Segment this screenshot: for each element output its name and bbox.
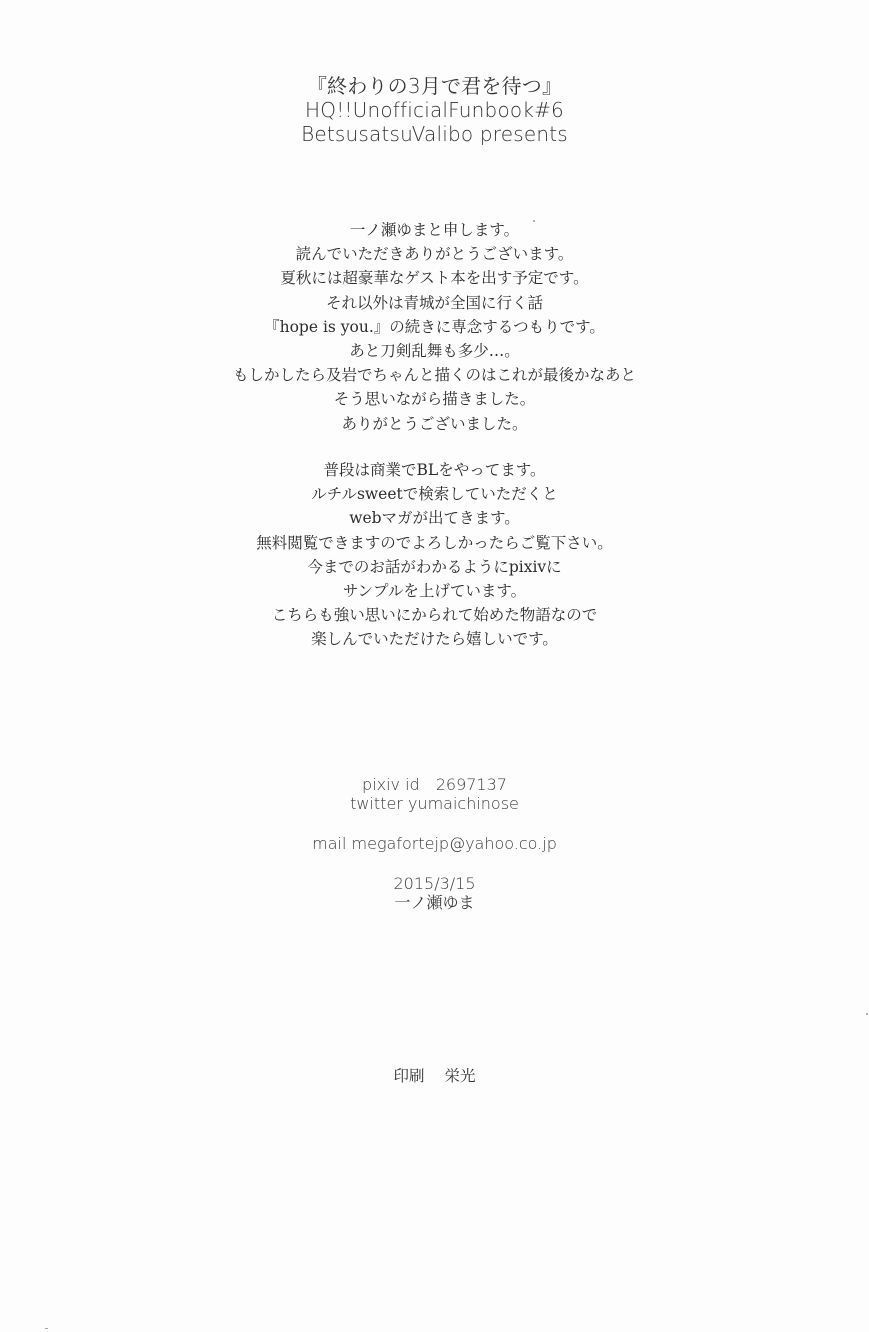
scan-speck — [866, 1013, 868, 1015]
afterword-line: 一ノ瀬ゆまと申します。 — [0, 218, 869, 242]
printer-block: 印刷栄光 — [0, 1066, 869, 1086]
afterword-line: あと刀剣乱舞も多少…。 — [0, 339, 869, 363]
afterword-paragraph-2: 普段は商業でBLをやってます。 ルチルsweetで検索していただくと webマガ… — [0, 458, 869, 652]
printer-line: 印刷栄光 — [0, 1066, 869, 1086]
afterword-line: サンプルを上げています。 — [0, 579, 869, 603]
date-author-block: 2015/3/15 一ノ瀬ゆま — [0, 874, 869, 912]
afterword-line: webマガが出てきます。 — [0, 506, 869, 530]
scan-speck — [45, 1328, 48, 1329]
afterword-line: こちらも強い思いにかられて始めた物語なので — [0, 603, 869, 627]
afterword-line: 夏秋には超豪華なゲスト本を出す予定です。 — [0, 266, 869, 290]
book-title: 『終わりの3月で君を待つ』 — [0, 74, 869, 98]
afterword-line: それ以外は青城が全国に行く話 — [0, 291, 869, 315]
social-ids: pixiv id 2697137 twitter yumaichinose — [0, 775, 869, 813]
afterword-line: ありがとうございました。 — [0, 412, 869, 436]
scan-speck — [533, 220, 535, 222]
afterword-line: ルチルsweetで検索していただくと — [0, 482, 869, 506]
afterword-line: もしかしたら及岩でちゃんと描くのはこれが最後かなあと — [0, 363, 869, 387]
series-name: HQ!!UnofficialFunbook#6 — [0, 98, 869, 122]
twitter-handle: twitter yumaichinose — [0, 794, 869, 813]
afterword-line: 楽しんでいただけたら嬉しいです。 — [0, 627, 869, 651]
printer-name: 栄光 — [445, 1067, 476, 1085]
mail-address: mail megafortejp@yahoo.co.jp — [0, 834, 869, 853]
afterword-line: 無料閲覧できますのでよろしかったらご覧下さい。 — [0, 531, 869, 555]
afterword-paragraph-1: 一ノ瀬ゆまと申します。 読んでいただきありがとうございます。 夏秋には超豪華なゲ… — [0, 218, 869, 436]
afterword-line: 普段は商業でBLをやってます。 — [0, 458, 869, 482]
publish-date: 2015/3/15 — [0, 874, 869, 893]
afterword-line: 今までのお話がわかるようにpixivに — [0, 555, 869, 579]
author-name: 一ノ瀬ゆま — [0, 893, 869, 912]
circle-name: BetsusatsuValibo presents — [0, 122, 869, 146]
printer-label: 印刷 — [393, 1067, 424, 1085]
mail-block: mail megafortejp@yahoo.co.jp — [0, 834, 869, 853]
afterword-line: 『hope is you.』の続きに専念するつもりです。 — [0, 315, 869, 339]
afterword-line: そう思いながら描きました。 — [0, 387, 869, 411]
pixiv-id: pixiv id 2697137 — [0, 775, 869, 794]
afterword-line: 読んでいただきありがとうございます。 — [0, 242, 869, 266]
colophon-page: 『終わりの3月で君を待つ』 HQ!!UnofficialFunbook#6 Be… — [0, 0, 869, 1332]
title-block: 『終わりの3月で君を待つ』 HQ!!UnofficialFunbook#6 Be… — [0, 74, 869, 146]
